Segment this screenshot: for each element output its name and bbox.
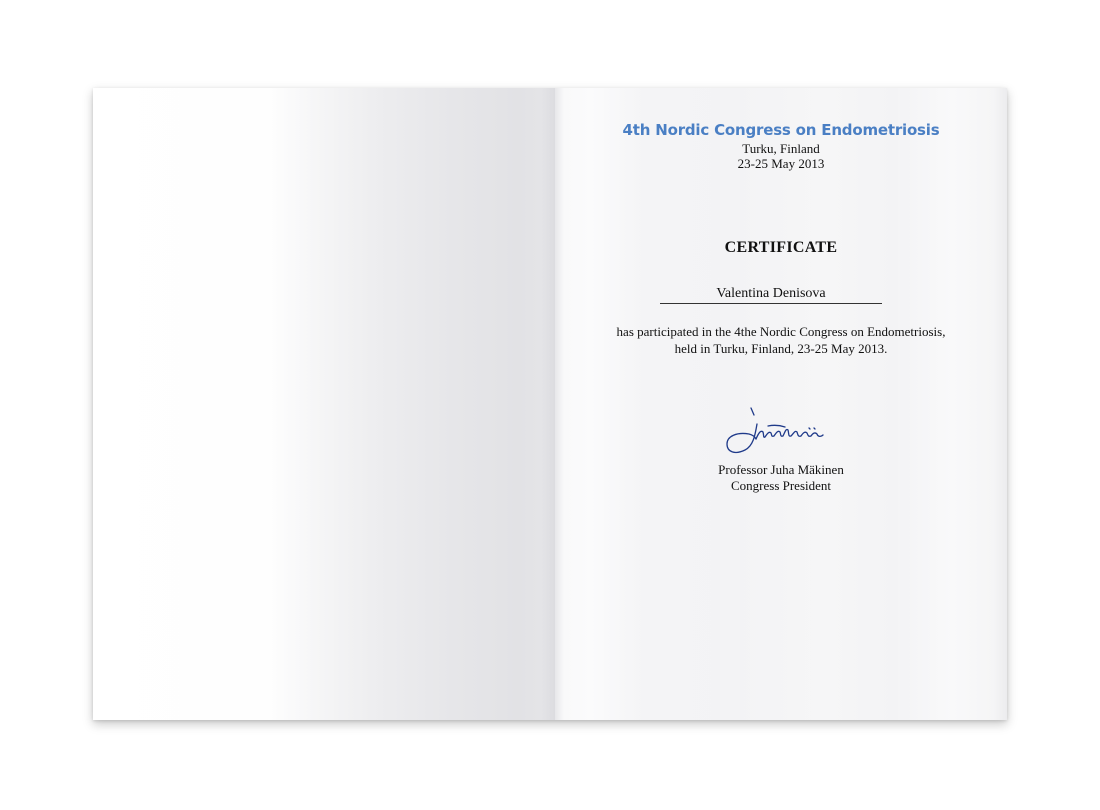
certificate-heading: CERTIFICATE bbox=[555, 239, 1007, 257]
certificate-body: has participated in the 4the Nordic Cong… bbox=[555, 323, 1007, 357]
right-page-certificate: 4th Nordic Congress on Endometriosis Tur… bbox=[555, 88, 1007, 720]
signer-title: Congress President bbox=[555, 478, 1007, 494]
recipient-name: Valentina Denisova bbox=[660, 286, 882, 304]
certificate-body-line-1: has participated in the 4the Nordic Cong… bbox=[555, 323, 1007, 340]
congress-dates: 23-25 May 2013 bbox=[555, 156, 1007, 172]
congress-title: 4th Nordic Congress on Endometriosis bbox=[555, 121, 1007, 139]
certificate-content: 4th Nordic Congress on Endometriosis Tur… bbox=[555, 88, 1007, 720]
certificate-body-line-2: held in Turku, Finland, 23-25 May 2013. bbox=[555, 340, 1007, 357]
signer-block: Professor Juha Mäkinen Congress Presiden… bbox=[555, 462, 1007, 494]
congress-location: Turku, Finland bbox=[555, 141, 1007, 157]
certificate-booklet: 4th Nordic Congress on Endometriosis Tur… bbox=[93, 88, 1007, 720]
signer-name: Professor Juha Mäkinen bbox=[555, 462, 1007, 478]
signature-icon bbox=[723, 406, 843, 461]
left-page-blank bbox=[93, 88, 555, 720]
